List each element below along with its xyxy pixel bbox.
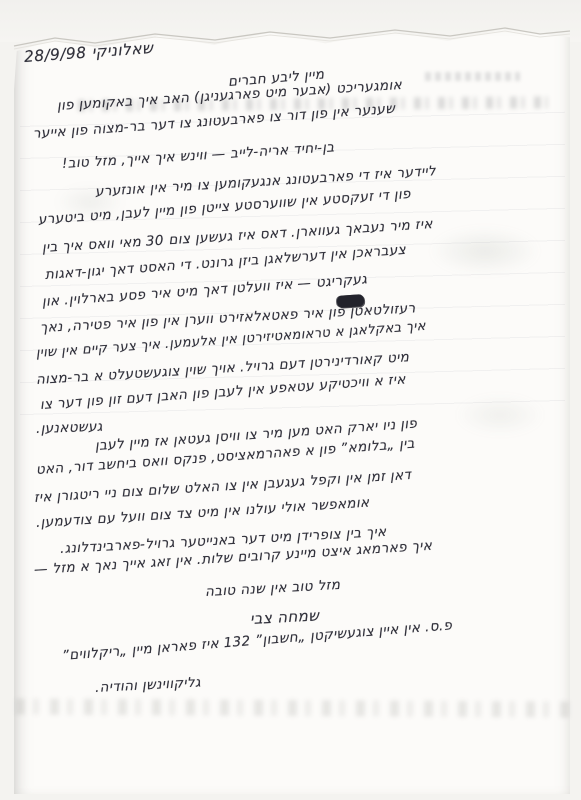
bleedthrough-fragment — [425, 72, 520, 81]
signature: שמחה צבי — [250, 606, 320, 628]
scanned-letter: שאלוניקי 28/9/98 מיין ליבע חברים אומגערי… — [0, 0, 581, 800]
scan-noise-band — [16, 699, 572, 718]
crossed-out-word-ink-blot — [337, 294, 365, 308]
body-line: געשטאנען. — [36, 419, 103, 437]
